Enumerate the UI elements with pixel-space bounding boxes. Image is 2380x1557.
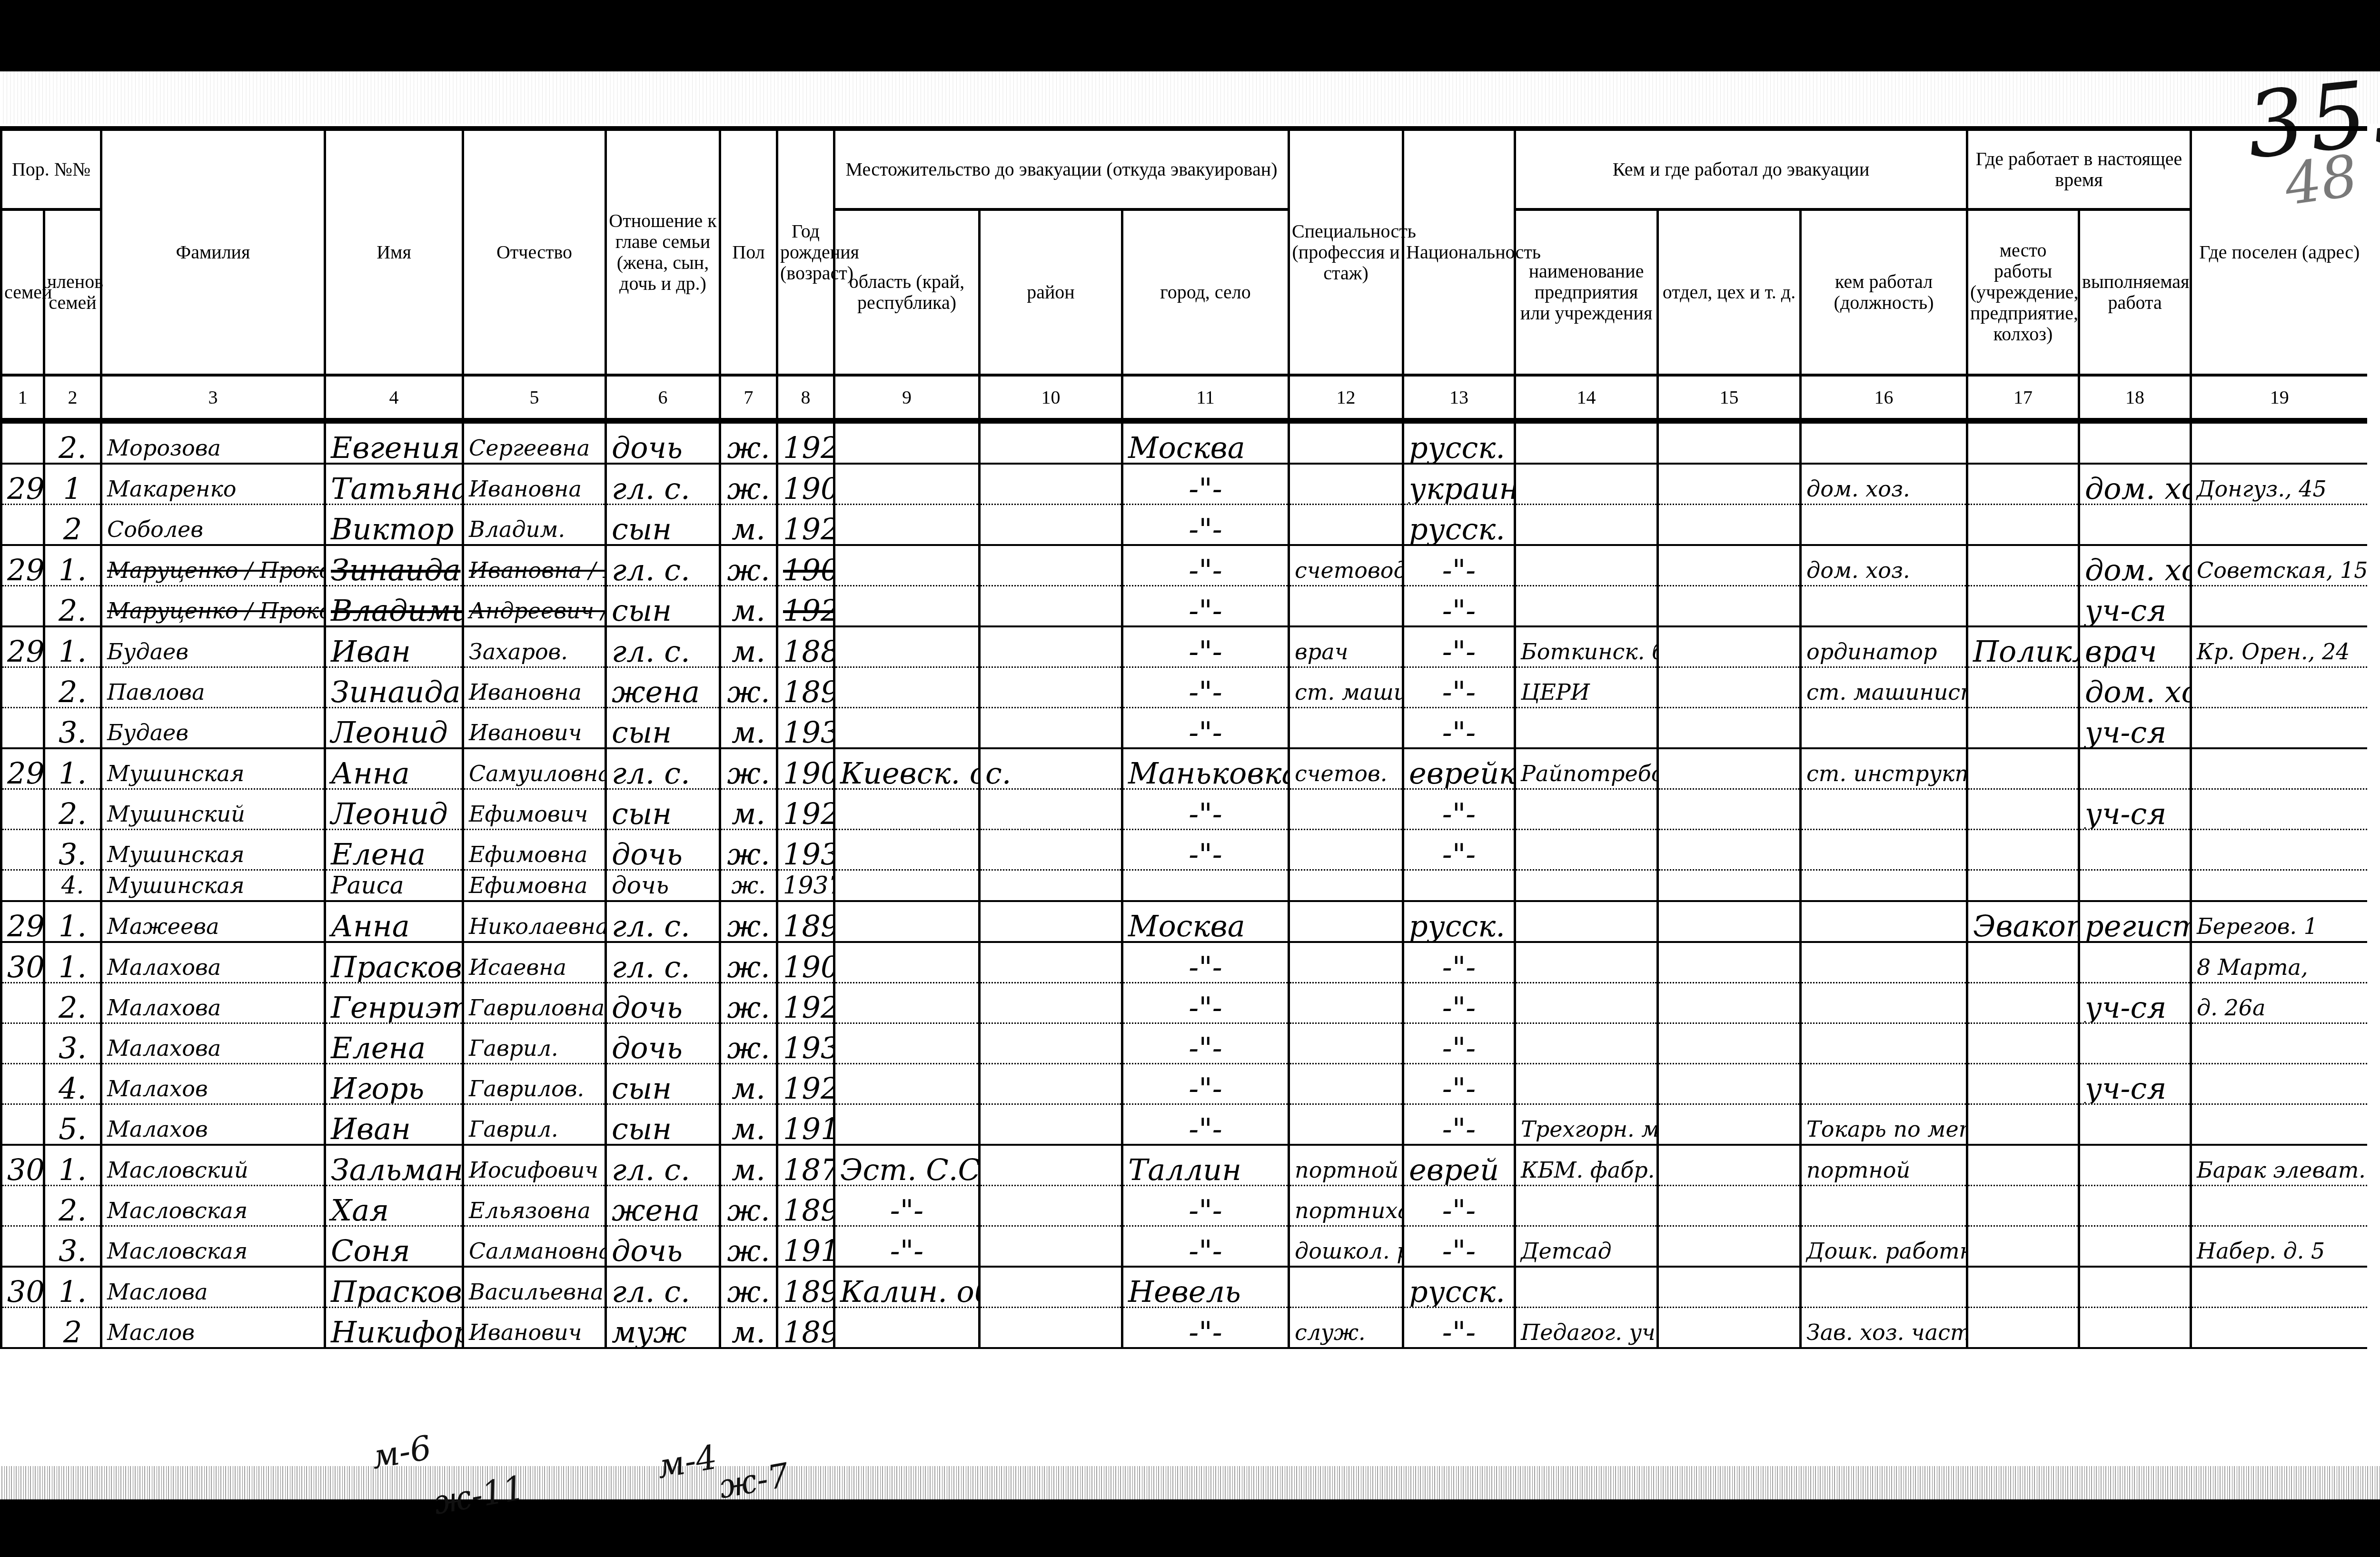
column-number: 5 — [463, 375, 606, 421]
cell-department — [1658, 1226, 1801, 1267]
cell-relation: жена — [606, 667, 720, 708]
cell-surname: Масловская — [101, 1226, 325, 1267]
cell-district — [980, 789, 1122, 830]
column-number: 1 — [1, 375, 44, 421]
cell-nationality: -"- — [1403, 1226, 1515, 1267]
cell-patronymic: Сергеевна — [463, 421, 606, 464]
cell-specialty — [1289, 421, 1403, 464]
cell-surname: Морозова — [101, 421, 325, 464]
cell-surname: Масловская — [101, 1186, 325, 1226]
cell-department — [1658, 1267, 1801, 1308]
table-row: 2951МакаренкоТатьянаИвановнагл. с.ж.1904… — [1, 464, 2367, 505]
cell-sex: ж. — [720, 1226, 777, 1267]
cell-birth-year: 1926 / 1940 — [777, 586, 834, 627]
cell-nationality: -"- — [1403, 626, 1515, 667]
cell-relation: сын — [606, 505, 720, 545]
cell-member-no: 2. — [44, 789, 101, 830]
cell-address: Набер. д. 5 — [2191, 1226, 2367, 1267]
cell-relation: дочь — [606, 1226, 720, 1267]
cell-specialty: счетов. — [1289, 748, 1403, 789]
column-number: 4 — [325, 375, 463, 421]
cell-district — [980, 1308, 1122, 1349]
table-row: 2981.МушинскаяАннаСамуиловнагл. с.ж.1908… — [1, 748, 2367, 789]
table-row: 3021.МасловаПрасков.Васильевнагл. с.ж.18… — [1, 1267, 2367, 1308]
cell-position-before — [1801, 1064, 1967, 1104]
cell-city: Москва — [1122, 901, 1289, 942]
cell-nationality: -"- — [1403, 667, 1515, 708]
cell-address — [2191, 1267, 2367, 1308]
cell-position-before — [1801, 1023, 1967, 1064]
cell-family-no — [1, 1023, 44, 1064]
cell-specialty — [1289, 901, 1403, 942]
column-number: 17 — [1967, 375, 2079, 421]
cell-member-no: 4. — [44, 870, 101, 902]
table-row: 2.МасловскаяХаяЕльязовнаженаж.1892-"--"-… — [1, 1186, 2367, 1226]
cell-surname: Маруценко / Прокорьева — [101, 545, 325, 586]
cell-sex: ж. — [720, 1023, 777, 1064]
cell-region — [834, 870, 980, 902]
register-body: 2.МорозоваЕвгенияСергеевнадочьж.1925Моск… — [1, 421, 2367, 1348]
cell-address — [2191, 421, 2367, 464]
cell-name: Иван — [325, 1104, 463, 1145]
cell-workplace-before — [1515, 870, 1658, 902]
cell-city: -"- — [1122, 942, 1289, 983]
header-column-numbers: 1 2 3 4 5 6 7 8 9 10 11 12 13 14 15 16 1… — [1, 375, 2367, 421]
cell-workplace-before — [1515, 708, 1658, 749]
cell-family-no: 299 — [1, 901, 44, 942]
cell-department — [1658, 983, 1801, 1023]
cell-relation: гл. с. — [606, 901, 720, 942]
header-department: отдел, цех и т. д. — [1658, 209, 1801, 375]
cell-relation: гл. с. — [606, 626, 720, 667]
header-workplace-now: место работы (учреждение, предприятие, к… — [1967, 209, 2079, 375]
cell-specialty — [1289, 1267, 1403, 1308]
cell-patronymic: Ефимовна — [463, 870, 606, 902]
cell-birth-year: 1903 / 1921 — [777, 545, 834, 586]
cell-nationality: -"- — [1403, 789, 1515, 830]
table-row: 2МасловНикифорИвановичмужм.1893-"-служ.-… — [1, 1308, 2367, 1349]
table-row: 2.Маруценко / ПрокорьевВладимир / Евгени… — [1, 586, 2367, 627]
cell-workplace-before — [1515, 983, 1658, 1023]
cell-city — [1122, 870, 1289, 902]
cell-position-before — [1801, 505, 1967, 545]
cell-region — [834, 942, 980, 983]
table-row: 2991.МажееваАннаНиколаевнагл. с.ж.1893Мо… — [1, 901, 2367, 942]
cell-family-no — [1, 505, 44, 545]
cell-family-no — [1, 586, 44, 627]
cell-city: -"- — [1122, 667, 1289, 708]
cell-district — [980, 1226, 1122, 1267]
header-specialty: Специальность (профессия и стаж) — [1289, 129, 1403, 375]
cell-nationality: русск. — [1403, 901, 1515, 942]
cell-specialty — [1289, 708, 1403, 749]
cell-region — [834, 1104, 980, 1145]
cell-sex: ж. — [720, 870, 777, 902]
cell-workplace-now — [1967, 667, 2079, 708]
cell-workplace-now — [1967, 1104, 2079, 1145]
cell-surname: Мушинская — [101, 870, 325, 902]
cell-region — [834, 667, 980, 708]
cell-workplace-before: Педагог. учил. — [1515, 1308, 1658, 1349]
cell-specialty: врач — [1289, 626, 1403, 667]
cell-workplace-before — [1515, 789, 1658, 830]
cell-position-before — [1801, 942, 1967, 983]
cell-city: -"- — [1122, 545, 1289, 586]
cell-nationality: -"- — [1403, 1064, 1515, 1104]
cell-name: Анна — [325, 901, 463, 942]
cell-birth-year: 1937 — [777, 870, 834, 902]
cell-patronymic: Гавриловна — [463, 983, 606, 1023]
cell-relation: дочь — [606, 1023, 720, 1064]
cell-district — [980, 545, 1122, 586]
cell-workplace-now: Эвакопункт — [1967, 901, 2079, 942]
cell-member-no: 2. — [44, 667, 101, 708]
cell-sex: ж. — [720, 942, 777, 983]
cell-position-before: ст. машинистка — [1801, 667, 1967, 708]
table-row: 2.МорозоваЕвгенияСергеевнадочьж.1925Моск… — [1, 421, 2367, 464]
cell-patronymic: Ефимович — [463, 789, 606, 830]
cell-job-now — [2079, 505, 2191, 545]
cell-district — [980, 464, 1122, 505]
cell-workplace-now — [1967, 464, 2079, 505]
cell-birth-year: 1904 — [777, 464, 834, 505]
cell-specialty — [1289, 586, 1403, 627]
cell-district — [980, 870, 1122, 902]
cell-workplace-before — [1515, 1064, 1658, 1104]
cell-member-no: 1. — [44, 942, 101, 983]
cell-sex: м. — [720, 1064, 777, 1104]
cell-district — [980, 942, 1122, 983]
cell-region: -"- — [834, 1226, 980, 1267]
cell-specialty — [1289, 464, 1403, 505]
cell-member-no: 2 — [44, 505, 101, 545]
cell-position-before — [1801, 789, 1967, 830]
table-row: 4.МушинскаяРаисаЕфимовнадочьж.1937 — [1, 870, 2367, 902]
cell-sex: ж. — [720, 1186, 777, 1226]
cell-address: д. 26а — [2191, 983, 2367, 1023]
header-member-no: членов семей — [44, 209, 101, 375]
cell-address: Советская, 158 / Краснар., 3 / Кр. Орен.… — [2191, 545, 2367, 586]
cell-job-now — [2079, 748, 2191, 789]
cell-patronymic: Гаврилов. — [463, 1064, 606, 1104]
cell-workplace-before — [1515, 421, 1658, 464]
cell-family-no: 296 — [1, 545, 44, 586]
cell-member-no: 2. — [44, 1186, 101, 1226]
cell-member-no: 5. — [44, 1104, 101, 1145]
cell-nationality: -"- — [1403, 545, 1515, 586]
cell-workplace-now — [1967, 545, 2079, 586]
cell-job-now — [2079, 870, 2191, 902]
cell-region — [834, 545, 980, 586]
cell-region — [834, 1064, 980, 1104]
cell-patronymic: Салмановна — [463, 1226, 606, 1267]
table-row: 3001.МалаховаПрасковьяИсаевнагл. с.ж.190… — [1, 942, 2367, 983]
cell-job-now: уч-ся — [2079, 1064, 2191, 1104]
cell-member-no: 1 — [44, 464, 101, 505]
cell-nationality: -"- — [1403, 708, 1515, 749]
cell-name: Елена — [325, 830, 463, 870]
cell-member-no: 3. — [44, 1023, 101, 1064]
cell-job-now — [2079, 1023, 2191, 1064]
cell-sex: ж. — [720, 667, 777, 708]
cell-region — [834, 708, 980, 749]
cell-workplace-before: ЦЕРИ — [1515, 667, 1658, 708]
cell-specialty — [1289, 983, 1403, 1023]
cell-city: -"- — [1122, 1023, 1289, 1064]
cell-nationality — [1403, 870, 1515, 902]
cell-birth-year: 1878 — [777, 1145, 834, 1186]
cell-patronymic: Иванович — [463, 708, 606, 749]
cell-position-before — [1801, 708, 1967, 749]
cell-region — [834, 983, 980, 1023]
cell-district — [980, 421, 1122, 464]
cell-birth-year: 1932 — [777, 708, 834, 749]
cell-region: Эст. С.С.Р. — [834, 1145, 980, 1186]
cell-nationality: русск. — [1403, 1267, 1515, 1308]
table-row: 2.МалаховаГенриэттаГавриловнадочьж.1929-… — [1, 983, 2367, 1023]
cell-workplace-now — [1967, 789, 2079, 830]
cell-family-no: 295 — [1, 464, 44, 505]
cell-family-no — [1, 667, 44, 708]
cell-address — [2191, 1186, 2367, 1226]
cell-city: -"- — [1122, 464, 1289, 505]
cell-district — [980, 1267, 1122, 1308]
table-row: 3.МушинскаяЕленаЕфимовнадочьж.1933-"--"- — [1, 830, 2367, 870]
cell-relation: гл. с. — [606, 942, 720, 983]
column-number: 8 — [777, 375, 834, 421]
cell-surname: Малахов — [101, 1064, 325, 1104]
header-relation: Отношение к главе семьи (жена, сын, дочь… — [606, 129, 720, 375]
cell-workplace-before — [1515, 505, 1658, 545]
cell-district — [980, 708, 1122, 749]
cell-nationality: еврей — [1403, 1145, 1515, 1186]
cell-sex: м. — [720, 586, 777, 627]
header-surname: Фамилия — [101, 129, 325, 375]
cell-sex: ж. — [720, 545, 777, 586]
cell-nationality: русск. — [1403, 505, 1515, 545]
cell-address — [2191, 1064, 2367, 1104]
cell-relation: дочь — [606, 421, 720, 464]
header-group-row: Пор. №№ Фамилия Имя Отчество Отношение к… — [1, 129, 2367, 209]
cell-specialty — [1289, 1104, 1403, 1145]
cell-specialty — [1289, 942, 1403, 983]
cell-patronymic: Ивановна — [463, 464, 606, 505]
cell-district — [980, 1145, 1122, 1186]
column-number: 11 — [1122, 375, 1289, 421]
cell-surname: Малахов — [101, 1104, 325, 1145]
cell-surname: Маруценко / Прокорьев — [101, 586, 325, 627]
cell-workplace-before — [1515, 1267, 1658, 1308]
cell-department — [1658, 1186, 1801, 1226]
header-pp-group: Пор. №№ — [1, 129, 101, 209]
cell-city: -"- — [1122, 1226, 1289, 1267]
cell-patronymic: Ивановна / Борисовна — [463, 545, 606, 586]
cell-department — [1658, 667, 1801, 708]
cell-sex: м. — [720, 708, 777, 749]
cell-specialty: счетовод — [1289, 545, 1403, 586]
cell-position-before — [1801, 421, 1967, 464]
cell-name: Раиса — [325, 870, 463, 902]
cell-region: -"- — [834, 1186, 980, 1226]
cell-surname: Маслов — [101, 1308, 325, 1349]
cell-job-now — [2079, 942, 2191, 983]
cell-member-no: 1. — [44, 1145, 101, 1186]
header-district: район — [980, 209, 1122, 375]
cell-specialty — [1289, 830, 1403, 870]
cell-name: Прасковья — [325, 942, 463, 983]
cell-sex: ж. — [720, 901, 777, 942]
cell-relation: сын — [606, 1064, 720, 1104]
cell-workplace-now — [1967, 942, 2079, 983]
cell-workplace-before — [1515, 1023, 1658, 1064]
cell-family-no: 298 — [1, 748, 44, 789]
cell-nationality: -"- — [1403, 1308, 1515, 1349]
cell-job-now: уч-ся — [2079, 983, 2191, 1023]
cell-city: -"- — [1122, 1186, 1289, 1226]
cell-patronymic: Николаевна — [463, 901, 606, 942]
cell-position-before: портной — [1801, 1145, 1967, 1186]
table-row: 2961.Маруценко / ПрокорьеваЗинаидаИванов… — [1, 545, 2367, 586]
cell-region — [834, 421, 980, 464]
cell-district — [980, 983, 1122, 1023]
cell-surname: Мушинский — [101, 789, 325, 830]
scan-noise-top — [0, 71, 2380, 124]
cell-family-no — [1, 830, 44, 870]
cell-department — [1658, 586, 1801, 627]
cell-name: Прасков. — [325, 1267, 463, 1308]
cell-family-no — [1, 789, 44, 830]
cell-relation: гл. с. — [606, 464, 720, 505]
cell-patronymic: Ивановна — [463, 667, 606, 708]
cell-district: с. — [980, 748, 1122, 789]
cell-name: Татьяна — [325, 464, 463, 505]
cell-patronymic: Самуиловна — [463, 748, 606, 789]
cell-surname: Мушинская — [101, 748, 325, 789]
cell-workplace-before — [1515, 1186, 1658, 1226]
cell-family-no — [1, 870, 44, 902]
cell-relation: жена — [606, 1186, 720, 1226]
cell-region — [834, 830, 980, 870]
cell-birth-year: 1933 — [777, 1023, 834, 1064]
cell-region — [834, 1023, 980, 1064]
cell-birth-year: 1916 — [777, 1226, 834, 1267]
cell-workplace-now — [1967, 1145, 2079, 1186]
cell-workplace-now — [1967, 1186, 2079, 1226]
cell-workplace-now — [1967, 1023, 2079, 1064]
cell-workplace-now — [1967, 1226, 2079, 1267]
header-patronymic: Отчество — [463, 129, 606, 375]
cell-specialty — [1289, 1064, 1403, 1104]
cell-workplace-before — [1515, 545, 1658, 586]
column-number: 2 — [44, 375, 101, 421]
cell-member-no: 1. — [44, 901, 101, 942]
cell-address: Кр. Орен., 24 — [2191, 626, 2367, 667]
cell-position-before — [1801, 1267, 1967, 1308]
cell-department — [1658, 421, 1801, 464]
column-number: 7 — [720, 375, 777, 421]
cell-relation: сын — [606, 586, 720, 627]
cell-position-before — [1801, 830, 1967, 870]
cell-specialty: портниха — [1289, 1186, 1403, 1226]
cell-birth-year: 1886 — [777, 626, 834, 667]
cell-workplace-before: Райпотребсоюз — [1515, 748, 1658, 789]
cell-relation: гл. с. — [606, 1267, 720, 1308]
cell-patronymic: Гаврил. — [463, 1023, 606, 1064]
cell-member-no: 3. — [44, 708, 101, 749]
cell-family-no: 300 — [1, 942, 44, 983]
header-workplace-before: наименование предприятия или учреждения — [1515, 209, 1658, 375]
cell-sex: ж. — [720, 464, 777, 505]
cell-city: -"- — [1122, 1308, 1289, 1349]
cell-job-now: уч-ся — [2079, 708, 2191, 749]
cell-member-no: 2. — [44, 421, 101, 464]
cell-surname: Малахова — [101, 983, 325, 1023]
cell-patronymic: Иосифович — [463, 1145, 606, 1186]
table-row: 3.МасловскаяСоняСалмановнадочьж.1916-"--… — [1, 1226, 2367, 1267]
cell-workplace-now — [1967, 586, 2079, 627]
header-position-before: кем работал (должность) — [1801, 209, 1967, 375]
cell-position-before: ст. инструктор — [1801, 748, 1967, 789]
cell-family-no: 302 — [1, 1267, 44, 1308]
header-residence-group: Местожительство до эвакуации (откуда эва… — [834, 129, 1289, 209]
cell-position-before: дом. хоз. — [1801, 545, 1967, 586]
table-row: 3.МалаховаЕленаГаврил.дочьж.1933-"--"- — [1, 1023, 2367, 1064]
header-work-before-group: Кем и где работал до эвакуации — [1515, 129, 1967, 209]
cell-workplace-before: Боткинск. б-ца — [1515, 626, 1658, 667]
cell-nationality: украин. — [1403, 464, 1515, 505]
cell-city: -"- — [1122, 586, 1289, 627]
cell-patronymic: Захаров. — [463, 626, 606, 667]
header-city: город, село — [1122, 209, 1289, 375]
table-row: 3.БудаевЛеонидИвановичсынм.1932-"--"-уч-… — [1, 708, 2367, 749]
cell-surname: Будаев — [101, 626, 325, 667]
cell-department — [1658, 748, 1801, 789]
cell-address — [2191, 1023, 2367, 1064]
header-nationality: Национальность — [1403, 129, 1515, 375]
cell-nationality: -"- — [1403, 1023, 1515, 1064]
cell-patronymic: Гаврил. — [463, 1104, 606, 1145]
cell-job-now — [2079, 1226, 2191, 1267]
cell-birth-year: 1900 — [777, 942, 834, 983]
column-number: 14 — [1515, 375, 1658, 421]
cell-patronymic: Ефимовна — [463, 830, 606, 870]
cell-surname: Масловский — [101, 1145, 325, 1186]
cell-workplace-before — [1515, 586, 1658, 627]
table-row: 2СоболевВикторВладим.сынм.1928-"-русск. — [1, 505, 2367, 545]
cell-job-now: уч-ся — [2079, 789, 2191, 830]
cell-name: Леонид — [325, 789, 463, 830]
cell-sex: ж. — [720, 748, 777, 789]
cell-workplace-now — [1967, 1064, 2079, 1104]
cell-workplace-now: Поликл. — [1967, 626, 2079, 667]
cell-job-now — [2079, 1267, 2191, 1308]
cell-address — [2191, 789, 2367, 830]
cell-city: -"- — [1122, 708, 1289, 749]
cell-member-no: 4. — [44, 1064, 101, 1104]
cell-birth-year: 1892 — [777, 1186, 834, 1226]
cell-workplace-now — [1967, 1308, 2079, 1349]
cell-position-before: дом. хоз. — [1801, 464, 1967, 505]
cell-name: Соня — [325, 1226, 463, 1267]
cell-city: -"- — [1122, 830, 1289, 870]
cell-workplace-now — [1967, 505, 2079, 545]
cell-department — [1658, 1145, 1801, 1186]
cell-specialty: портной — [1289, 1145, 1403, 1186]
cell-department — [1658, 1064, 1801, 1104]
cell-position-before — [1801, 1186, 1967, 1226]
cell-workplace-before — [1515, 901, 1658, 942]
table-row: 2.ПавловаЗинаидаИвановнаженаж.1897-"-ст.… — [1, 667, 2367, 708]
